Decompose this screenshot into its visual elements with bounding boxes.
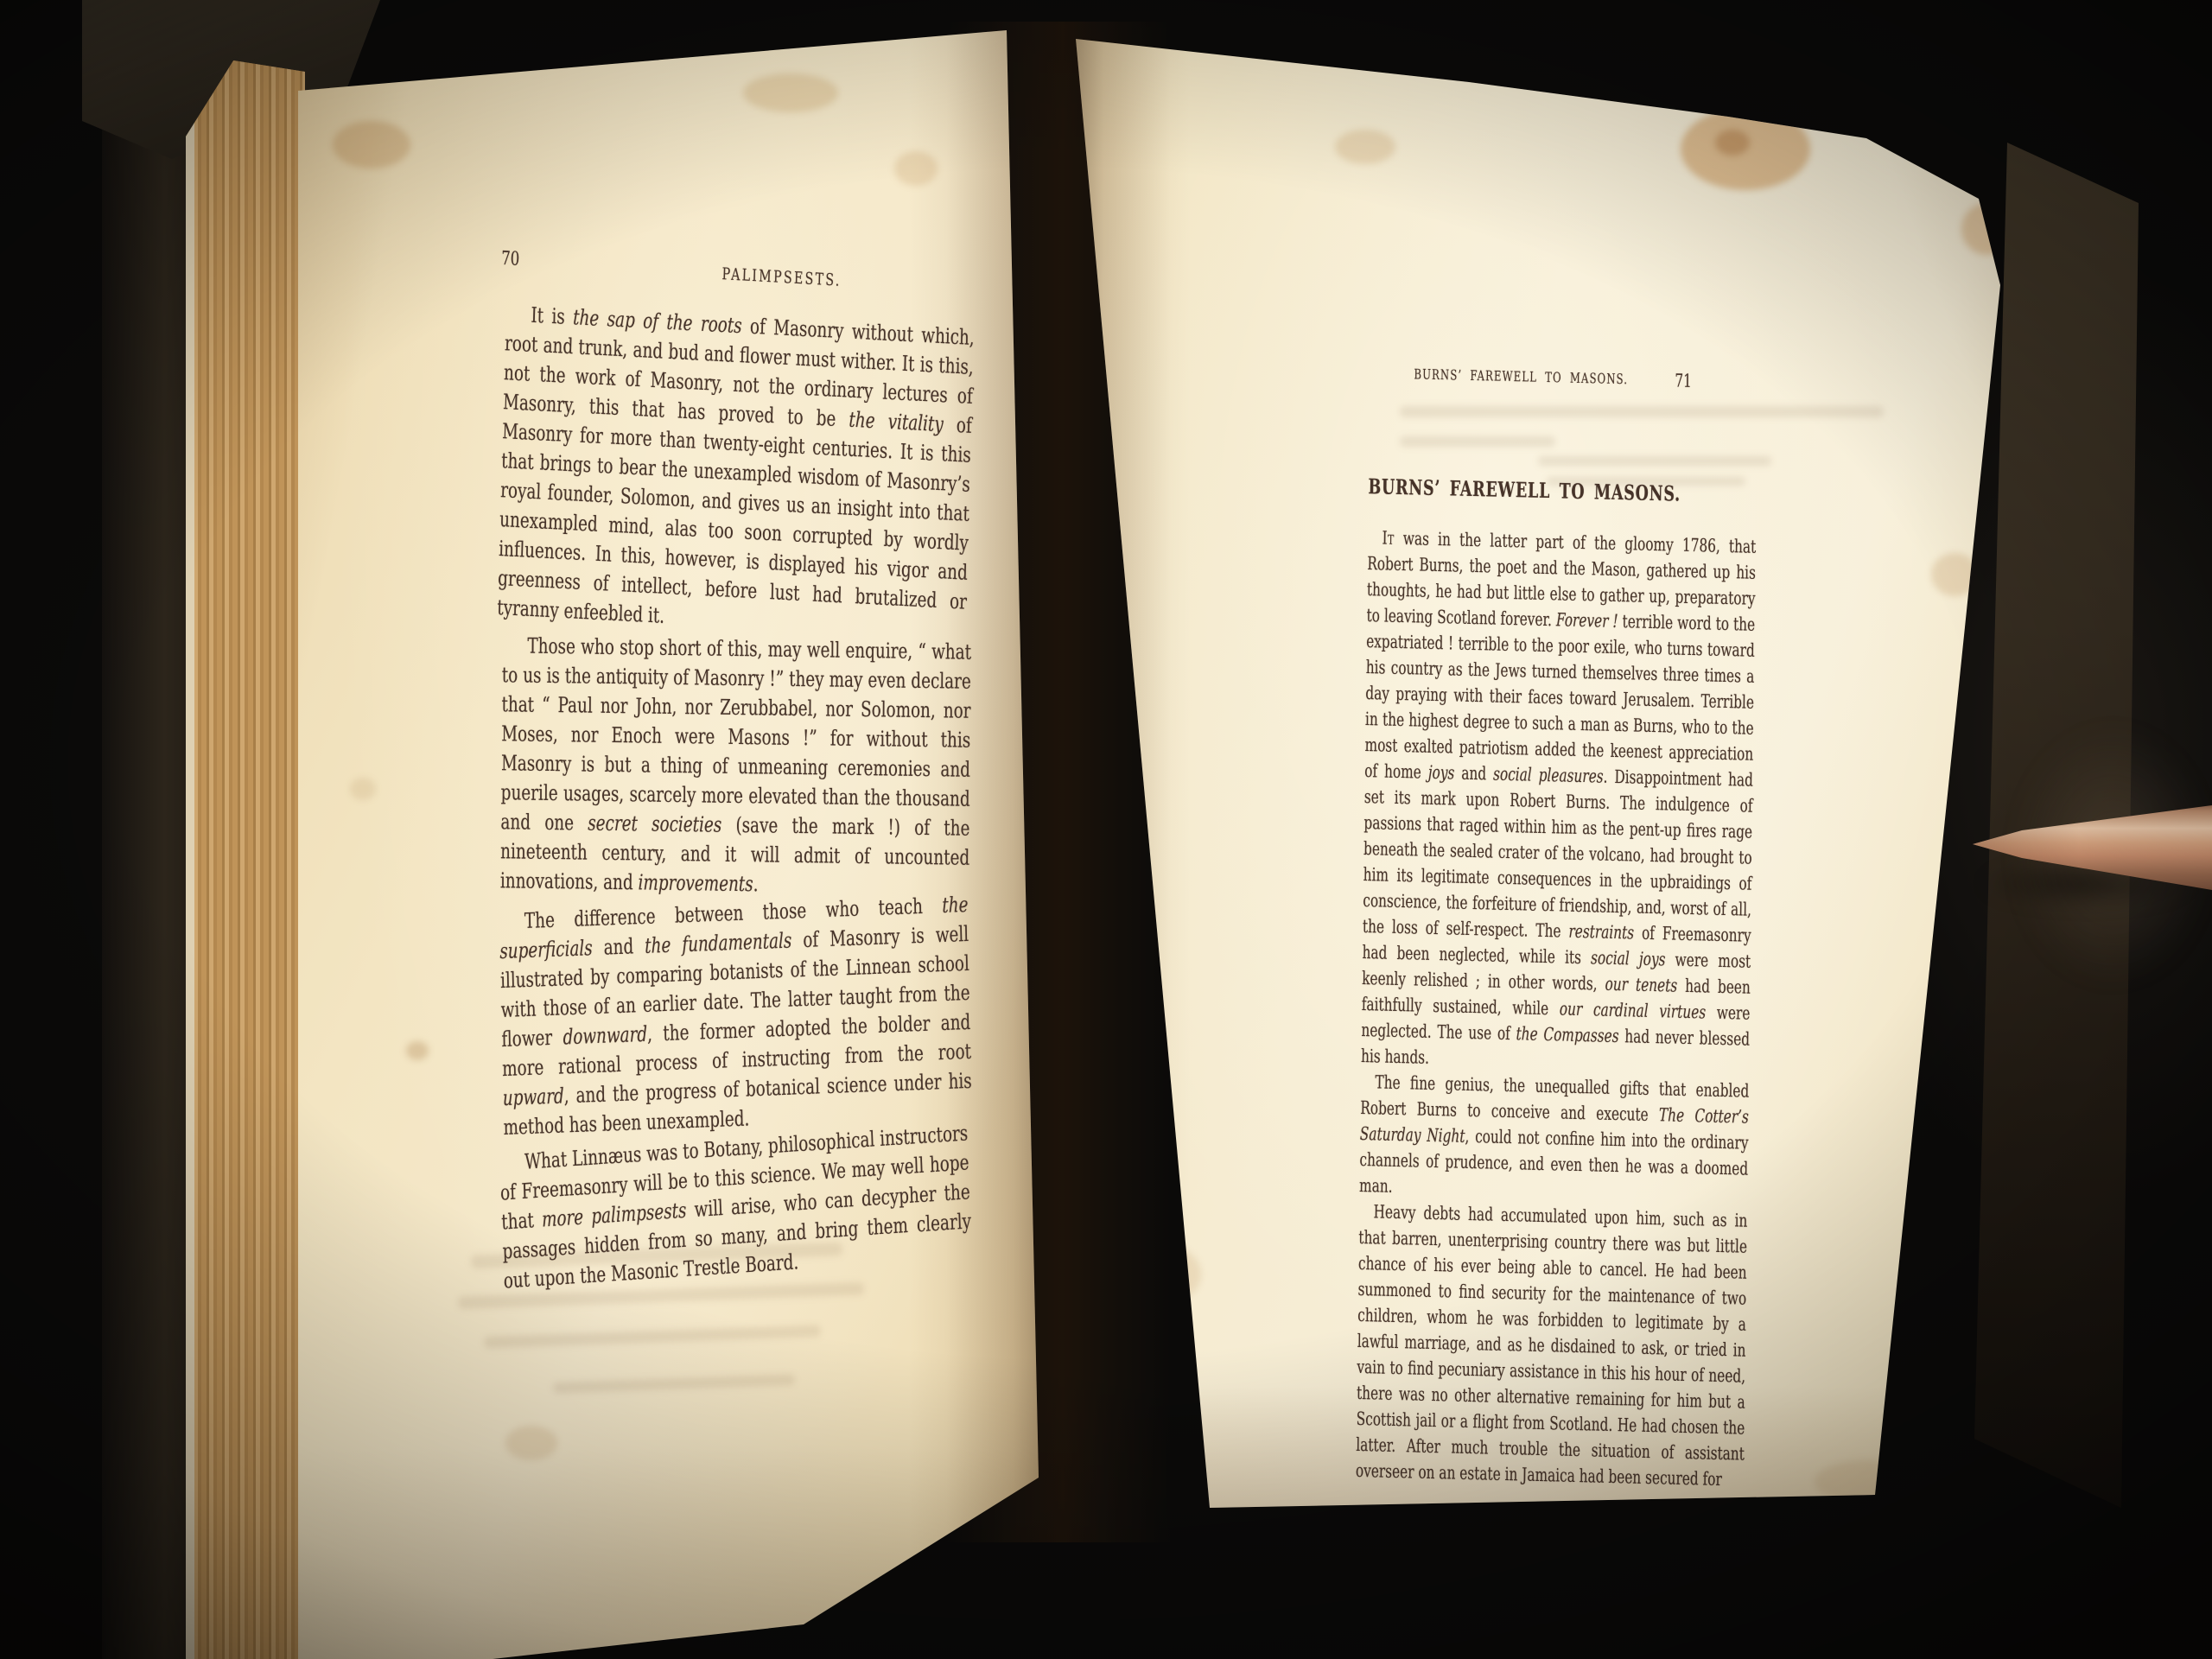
foxing-spot bbox=[1123, 1244, 1201, 1305]
paragraph: The fine genius, the unequalled gifts th… bbox=[1359, 1069, 1750, 1208]
left-page-body: It is the sap of the roots of Masonry wi… bbox=[501, 311, 970, 1281]
foxing-spot bbox=[1815, 1460, 1918, 1503]
paragraph: What Linnæus was to Botany, philosophica… bbox=[499, 1118, 973, 1295]
foxing-stain bbox=[1681, 108, 1810, 190]
page-number-71: 71 bbox=[1675, 371, 1692, 391]
foxing-spot bbox=[406, 1041, 429, 1060]
paragraph: Those who stop short of this, may well e… bbox=[500, 631, 971, 902]
ghost-text-showthrough bbox=[484, 1325, 821, 1349]
ghost-text-showthrough bbox=[553, 1374, 795, 1394]
paragraph: Heavy debts had accumulated upon him, su… bbox=[1356, 1198, 1748, 1493]
foxing-spot bbox=[894, 151, 938, 186]
page-number-70: 70 bbox=[501, 248, 520, 270]
foxing-stain bbox=[1715, 130, 1750, 156]
running-header-left: PALIMPSESTS. bbox=[721, 264, 842, 290]
foxing-spot bbox=[743, 73, 838, 112]
paragraph: It is the sap of the roots of Masonry wi… bbox=[497, 299, 975, 646]
right-page-header: BURNS’ FAREWELL TO MASONS. 71 bbox=[1370, 363, 1758, 398]
chapter-title: BURNS’ FAREWELL TO MASONS. bbox=[1368, 474, 1671, 505]
right-page-text: BURNS’ FAREWELL TO MASONS. 71 BURNS’ FAR… bbox=[1363, 363, 1751, 1484]
right-page-body: It was in the latter part of the gloomy … bbox=[1356, 524, 1757, 1493]
foxing-spot bbox=[350, 778, 376, 800]
left-page-text: 70 PALIMPSESTS. It is the sap of the roo… bbox=[501, 257, 970, 1281]
paragraph: It was in the latter part of the gloomy … bbox=[1361, 524, 1757, 1078]
foxing-spot bbox=[333, 121, 410, 168]
paragraph: The difference between those who teach t… bbox=[499, 890, 972, 1142]
running-header-right: BURNS’ FAREWELL TO MASONS. bbox=[1370, 365, 1673, 388]
foxing-spot bbox=[505, 1426, 557, 1460]
book-photograph: 70 PALIMPSESTS. It is the sap of the roo… bbox=[0, 0, 2212, 1659]
page-edges-fore-edge bbox=[186, 24, 305, 1659]
foxing-spot bbox=[1335, 130, 1395, 164]
